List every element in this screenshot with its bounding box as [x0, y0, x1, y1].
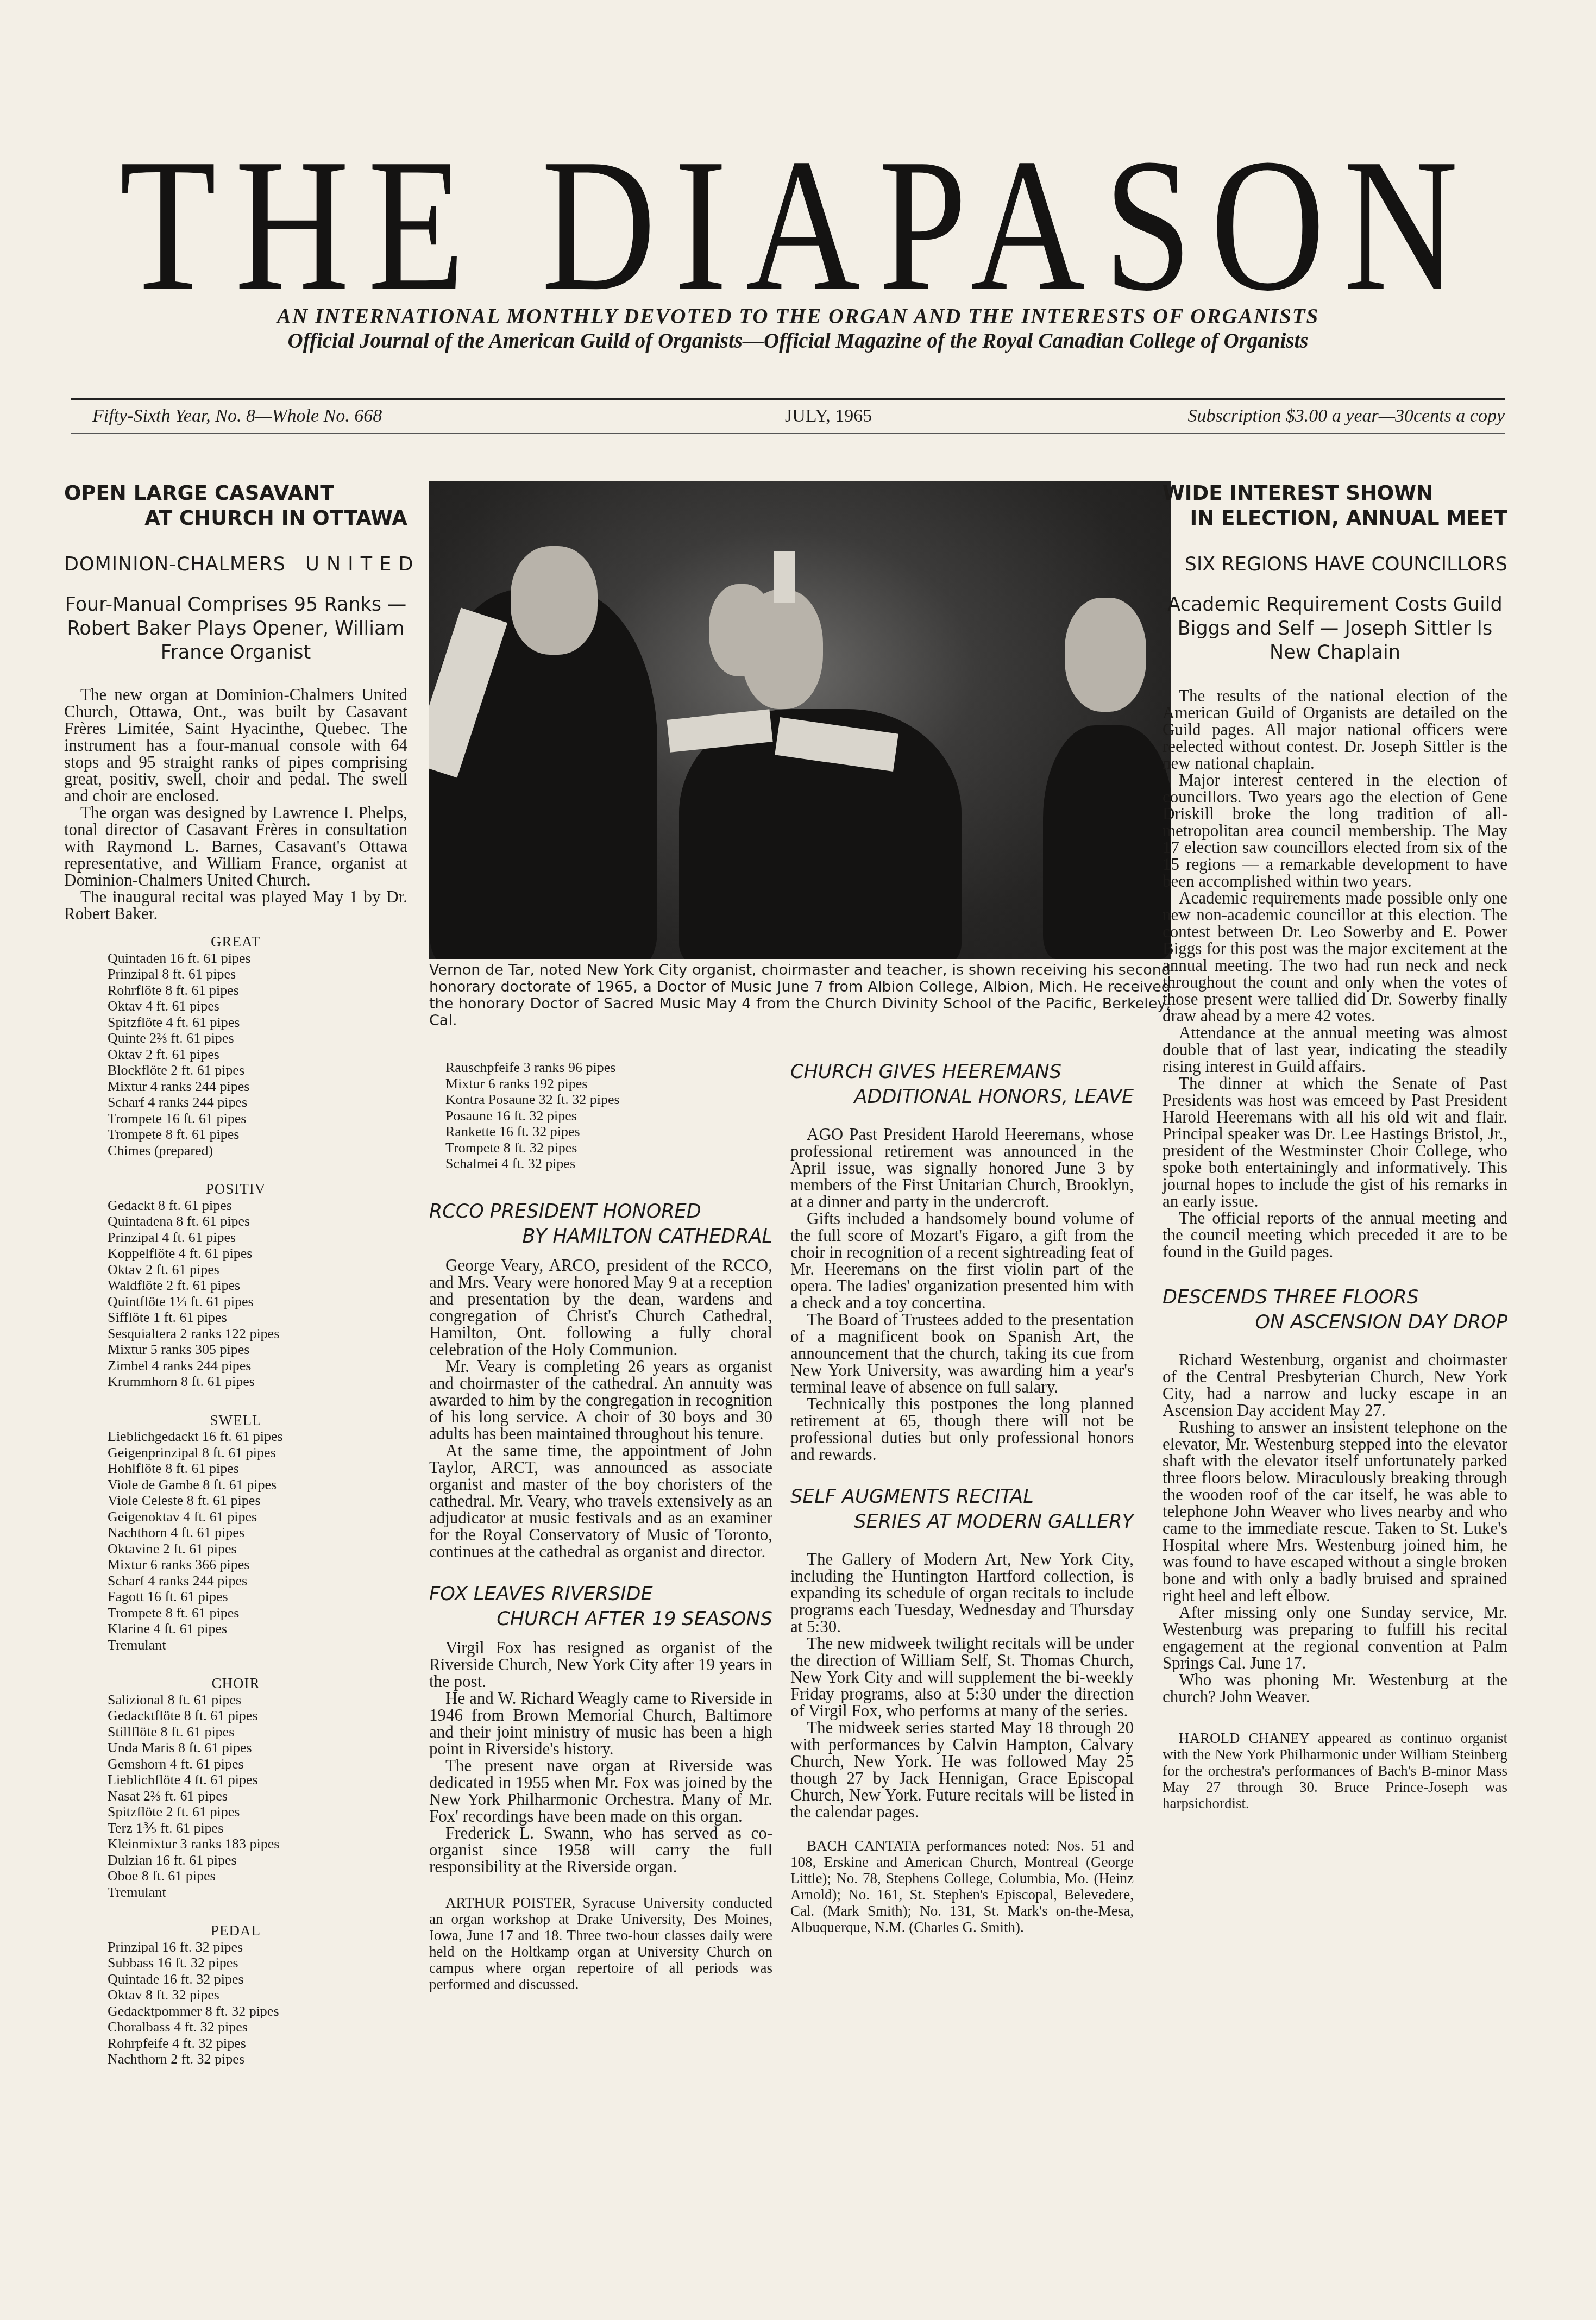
paragraph: The organ was designed by Lawrence I. Ph… [64, 804, 407, 888]
paragraph: The new midweek twilight recitals will b… [790, 1635, 1134, 1719]
stop-item: Koppelflöte 4 ft. 61 pipes [64, 1245, 407, 1262]
stop-item: Sifflöte 1 ft. 61 pipes [64, 1309, 407, 1326]
paragraph: Who was phoning Mr. Westenburg at the ch… [1163, 1671, 1507, 1705]
article-fox: FOX LEAVES RIVERSIDE CHURCH AFTER 19 SEA… [429, 1582, 772, 1875]
stop-item: Trompete 16 ft. 61 pipes [64, 1111, 407, 1127]
stop-item: Oktav 8 ft. 32 pipes [64, 1987, 407, 2003]
issue-line: Fifty-Sixth Year, No. 8—Whole No. 668 JU… [92, 406, 1505, 433]
photo-caption: Vernon de Tar, noted New York City organ… [429, 962, 1171, 1029]
brief-harold-chaney: HAROLD CHANEY appeared as continuo organ… [1163, 1730, 1507, 1811]
tagline: AN INTERNATIONAL MONTHLY DEVOTED TO THE … [0, 304, 1596, 329]
column-four: WIDE INTEREST SHOWN IN ELECTION, ANNUAL … [1163, 481, 1507, 1811]
stop-item: Subbass 16 ft. 32 pipes [64, 1955, 407, 1971]
article-body: The results of the national election of … [1163, 687, 1507, 1260]
publication-title: THE DIAPASON [0, 130, 1596, 321]
headline-line-1: SELF AUGMENTS RECITAL [790, 1484, 1134, 1509]
paragraph: The results of the national election of … [1163, 687, 1507, 772]
stop-item: Klarine 4 ft. 61 pipes [64, 1621, 407, 1637]
column-two: Rauschpfeife 3 ranks 96 pipesMixtur 6 ra… [429, 1059, 772, 1992]
stop-item: Unda Maris 8 ft. 61 pipes [64, 1740, 407, 1756]
stop-item: Gedacktpommer 8 ft. 32 pipes [64, 2003, 407, 2020]
stop-item: Dulzian 16 ft. 61 pipes [64, 1852, 407, 1868]
stop-item: Tremulant [64, 1884, 407, 1901]
choir-stops: Salizional 8 ft. 61 pipesGedacktflöte 8 … [64, 1692, 407, 1901]
stop-item: Rankette 16 ft. 32 pipes [402, 1124, 772, 1140]
paragraph: At the same time, the appointment of Joh… [429, 1442, 772, 1560]
paragraph: Academic requirements made possible only… [1163, 889, 1507, 1024]
headline-line-1: WIDE INTEREST SHOWN [1163, 481, 1507, 506]
paragraph: The midweek series started May 18 throug… [790, 1719, 1134, 1820]
stop-item: Quintflöte 1⅓ ft. 61 pipes [64, 1294, 407, 1310]
issue-number: Fifty-Sixth Year, No. 8—Whole No. 668 [92, 406, 382, 427]
stop-item: Salizional 8 ft. 61 pipes [64, 1692, 407, 1708]
subtagline: Official Journal of the American Guild o… [0, 329, 1596, 353]
stop-item: Trompete 8 ft. 61 pipes [64, 1126, 407, 1143]
deck: Academic Requirement Costs Guild Biggs a… [1163, 593, 1507, 664]
paragraph: The present nave organ at Riverside was … [429, 1757, 772, 1824]
stop-item: Scharf 4 ranks 244 pipes [64, 1573, 407, 1589]
division-title-pedal: PEDAL [64, 1923, 407, 1939]
paragraph: Attendance at the annual meeting was alm… [1163, 1024, 1507, 1075]
stop-item: Rauschpfeife 3 ranks 96 pipes [402, 1059, 772, 1076]
stop-item: Nachthorn 2 ft. 32 pipes [64, 2051, 407, 2067]
stop-item: Fagott 16 ft. 61 pipes [64, 1589, 407, 1605]
stop-item: Rohrflöte 8 ft. 61 pipes [64, 982, 407, 999]
stop-item: Oktav 2 ft. 61 pipes [64, 1046, 407, 1063]
paragraph: Rushing to answer an insistent telephone… [1163, 1419, 1507, 1604]
swell-stops: Lieblichgedackt 16 ft. 61 pipesGeigenpri… [64, 1428, 407, 1653]
article-casavant: OPEN LARGE CASAVANT AT CHURCH IN OTTAWA … [64, 481, 407, 2067]
paragraph: Mr. Veary is completing 26 years as orga… [429, 1358, 772, 1442]
stop-item: Kontra Posaune 32 ft. 32 pipes [402, 1092, 772, 1108]
stop-item: Gedackt 8 ft. 61 pipes [64, 1197, 407, 1214]
brief-bach-cantata: BACH CANTATA performances noted: Nos. 51… [790, 1838, 1134, 1935]
paragraph: George Veary, ARCO, president of the RCC… [429, 1257, 772, 1358]
article-heeremans: CHURCH GIVES HEEREMANS ADDITIONAL HONORS… [790, 1059, 1134, 1463]
stop-item: Terz 1⅗ ft. 61 pipes [64, 1820, 407, 1836]
positiv-stops: Gedackt 8 ft. 61 pipesQuintadena 8 ft. 6… [64, 1197, 407, 1390]
headline-line-1: CHURCH GIVES HEEREMANS [790, 1059, 1134, 1084]
headline-line-2: AT CHURCH IN OTTAWA [64, 506, 407, 531]
stop-item: Quintadena 8 ft. 61 pipes [64, 1213, 407, 1230]
stop-item: Oktav 4 ft. 61 pipes [64, 998, 407, 1014]
stop-item: Kleinmixtur 3 ranks 183 pipes [64, 1836, 407, 1852]
pedal-stops: Prinzipal 16 ft. 32 pipesSubbass 16 ft. … [64, 1939, 407, 2067]
paragraph: The Board of Trustees added to the prese… [790, 1311, 1134, 1395]
stop-item: Prinzipal 8 ft. 61 pipes [64, 966, 407, 982]
paragraph: Gifts included a handsomely bound volume… [790, 1210, 1134, 1311]
headline-line-2: IN ELECTION, ANNUAL MEET [1163, 506, 1507, 531]
paragraph: After missing only one Sunday service, M… [1163, 1604, 1507, 1671]
paragraph: The Gallery of Modern Art, New York City… [790, 1551, 1134, 1635]
headline-line-1: OPEN LARGE CASAVANT [64, 481, 407, 506]
division-title-choir: CHOIR [64, 1676, 407, 1692]
headline-line-2: ADDITIONAL HONORS, LEAVE [790, 1084, 1134, 1109]
brief-poister: ARTHUR POISTER, Syracuse University cond… [429, 1895, 772, 1992]
article-body: Richard Westenburg, organist and choirma… [1163, 1351, 1507, 1705]
issue-rule [71, 433, 1505, 434]
stop-item: Geigenprinzipal 8 ft. 61 pipes [64, 1445, 407, 1461]
headline-line-1: DESCENDS THREE FLOORS [1163, 1285, 1507, 1310]
stop-item: Schalmei 4 ft. 32 pipes [402, 1156, 772, 1172]
stop-item: Rohrpfeife 4 ft. 32 pipes [64, 2035, 407, 2052]
stop-item: Quintaden 16 ft. 61 pipes [64, 950, 407, 967]
article-body: The new organ at Dominion-Chalmers Unite… [64, 686, 407, 922]
pedal-continued-stops: Rauschpfeife 3 ranks 96 pipesMixtur 6 ra… [429, 1059, 772, 1172]
stop-item: Sesquialtera 2 ranks 122 pipes [64, 1326, 407, 1342]
paragraph: Richard Westenburg, organist and choirma… [1163, 1351, 1507, 1419]
masthead-rule [71, 398, 1505, 400]
stop-item: Viole de Gambe 8 ft. 61 pipes [64, 1477, 407, 1493]
stop-item: Trompete 8 ft. 61 pipes [64, 1605, 407, 1621]
stop-item: Oktavine 2 ft. 61 pipes [64, 1541, 407, 1557]
article-body: The Gallery of Modern Art, New York City… [790, 1551, 1134, 1820]
stop-item: Nasat 2⅔ ft. 61 pipes [64, 1788, 407, 1804]
issue-date: JULY, 1965 [785, 406, 872, 427]
stop-item: Spitzflöte 4 ft. 61 pipes [64, 1014, 407, 1031]
paragraph: The official reports of the annual meeti… [1163, 1209, 1507, 1260]
stop-item: Oboe 8 ft. 61 pipes [64, 1868, 407, 1884]
stop-item: Scharf 4 ranks 244 pipes [64, 1094, 407, 1111]
stop-item: Lieblichgedackt 16 ft. 61 pipes [64, 1428, 407, 1445]
stop-item: Posaune 16 ft. 32 pipes [402, 1108, 772, 1124]
stop-item: Choralbass 4 ft. 32 pipes [64, 2019, 407, 2035]
article-rcco: RCCO PRESIDENT HONORED BY HAMILTON CATHE… [429, 1199, 772, 1560]
article-body: Virgil Fox has resigned as organist of t… [429, 1639, 772, 1875]
paragraph: He and W. Richard Weagly came to Riversi… [429, 1690, 772, 1757]
stop-item: Oktav 2 ft. 61 pipes [64, 1262, 407, 1278]
paragraph: AGO Past President Harold Heeremans, who… [790, 1126, 1134, 1210]
paragraph: The dinner at which the Senate of Past P… [1163, 1075, 1507, 1209]
photo-honorary-doctorate [429, 481, 1171, 959]
stop-item: Stillflöte 8 ft. 61 pipes [64, 1724, 407, 1740]
stop-item: Quinte 2⅔ ft. 61 pipes [64, 1030, 407, 1046]
paragraph: The new organ at Dominion-Chalmers Unite… [64, 686, 407, 804]
paragraph: Frederick L. Swann, who has served as co… [429, 1824, 772, 1875]
stoplist: GREAT Quintaden 16 ft. 61 pipesPrinzipal… [64, 934, 407, 2067]
stop-item: Chimes (prepared) [64, 1143, 407, 1159]
headline-line-2: BY HAMILTON CATHEDRAL [429, 1224, 772, 1249]
headline-line-1: RCCO PRESIDENT HONORED [429, 1199, 772, 1224]
great-stops: Quintaden 16 ft. 61 pipesPrinzipal 8 ft.… [64, 950, 407, 1159]
stop-item: Prinzipal 4 ft. 61 pipes [64, 1230, 407, 1246]
article-body: George Veary, ARCO, president of the RCC… [429, 1257, 772, 1560]
stop-item: Blockflöte 2 ft. 61 pipes [64, 1062, 407, 1079]
stop-item: Quintade 16 ft. 32 pipes [64, 1971, 407, 1987]
stop-item: Mixtur 5 ranks 305 pipes [64, 1341, 407, 1358]
division-title-great: GREAT [64, 934, 407, 950]
stop-item: Prinzipal 16 ft. 32 pipes [64, 1939, 407, 1955]
paragraph: The inaugural recital was played May 1 b… [64, 888, 407, 922]
stop-item: Nachthorn 4 ft. 61 pipes [64, 1525, 407, 1541]
division-title-positiv: POSITIV [64, 1181, 407, 1197]
stop-item: Gemshorn 4 ft. 61 pipes [64, 1756, 407, 1772]
stop-item: Mixtur 6 ranks 366 pipes [64, 1557, 407, 1573]
article-descends: DESCENDS THREE FLOORS ON ASCENSION DAY D… [1163, 1285, 1507, 1705]
stop-item: Trompete 8 ft. 32 pipes [402, 1140, 772, 1156]
article-self: SELF AUGMENTS RECITAL SERIES AT MODERN G… [790, 1484, 1134, 1820]
paragraph: Major interest centered in the election … [1163, 772, 1507, 889]
headline-line-2: CHURCH AFTER 19 SEASONS [429, 1607, 772, 1632]
stop-item: Geigenoktav 4 ft. 61 pipes [64, 1509, 407, 1525]
stop-item: Viole Celeste 8 ft. 61 pipes [64, 1493, 407, 1509]
article-election: WIDE INTEREST SHOWN IN ELECTION, ANNUAL … [1163, 481, 1507, 1260]
stop-item: Krummhorn 8 ft. 61 pipes [64, 1374, 407, 1390]
stop-item: Lieblichflöte 4 ft. 61 pipes [64, 1772, 407, 1788]
stop-item: Spitzflöte 2 ft. 61 pipes [64, 1804, 407, 1820]
division-title-swell: SWELL [64, 1413, 407, 1429]
article-body: AGO Past President Harold Heeremans, who… [790, 1126, 1134, 1463]
deck: Four-Manual Comprises 95 Ranks — Robert … [64, 593, 407, 664]
subhead: DOMINION-CHALMERS U N I T E D [64, 553, 407, 576]
stop-item: Zimbel 4 ranks 244 pipes [64, 1358, 407, 1374]
headline-line-2: SERIES AT MODERN GALLERY [790, 1509, 1134, 1534]
stop-item: Hohlflöte 8 ft. 61 pipes [64, 1460, 407, 1477]
column-three: CHURCH GIVES HEEREMANS ADDITIONAL HONORS… [790, 1059, 1134, 1935]
headline-line-2: ON ASCENSION DAY DROP [1163, 1310, 1507, 1335]
stop-item: Waldflöte 2 ft. 61 pipes [64, 1277, 407, 1294]
stop-item: Mixtur 6 ranks 192 pipes [402, 1076, 772, 1092]
subscription-price: Subscription $3.00 a year—30cents a copy [1187, 406, 1505, 427]
subhead: SIX REGIONS HAVE COUNCILLORS [1163, 553, 1507, 576]
stop-item: Tremulant [64, 1637, 407, 1653]
paragraph: Technically this postpones the long plan… [790, 1395, 1134, 1463]
paragraph: Virgil Fox has resigned as organist of t… [429, 1639, 772, 1690]
stop-item: Gedacktflöte 8 ft. 61 pipes [64, 1708, 407, 1724]
headline-line-1: FOX LEAVES RIVERSIDE [429, 1582, 772, 1607]
stop-item: Mixtur 4 ranks 244 pipes [64, 1079, 407, 1095]
